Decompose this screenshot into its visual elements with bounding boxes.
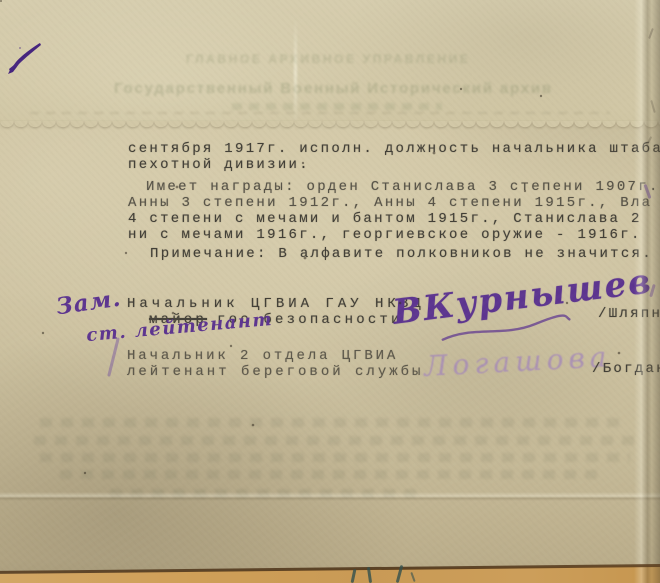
typed-body-line: ни с мечами 1916г., георгиевское оружие … (128, 227, 642, 243)
horizontal-fold-crease (0, 492, 660, 501)
typed-signer-title: Начальник 2 отдела ЦГВИА (127, 348, 398, 364)
scanned-archival-document: ГЛАВНОЕ АРХИВНОЕ УПРАВЛЕНИЕ Государствен… (0, 0, 660, 583)
paper-speckles (0, 0, 2, 2)
handwritten-prefix-zam: Зам. (54, 285, 122, 321)
paper-page: ГЛАВНОЕ АРХИВНОЕ УПРАВЛЕНИЕ Государствен… (0, 0, 660, 583)
deckle-edge-shadow (30, 112, 610, 114)
ink-blot-mark (6, 40, 44, 76)
typed-body-line: Анны 3 степени 1912г., Анны 4 степени 19… (128, 195, 652, 211)
typed-body-line: сентября 1917г. исполн. должность началь… (128, 141, 660, 157)
scalloped-sheet-edge (0, 121, 660, 133)
overlapping-top-sheet: ГЛАВНОЕ АРХИВНОЕ УПРАВЛЕНИЕ Государствен… (0, 0, 660, 122)
underlay-ink-stroke (410, 572, 415, 582)
faint-archive-stamp-line: Государственный Военный Исторический арх… (114, 80, 553, 97)
bleed-through-text-row (40, 418, 620, 427)
typed-body-line: пехотной дивизии. (128, 157, 310, 173)
bleed-through-text-row (60, 470, 600, 479)
typed-signer-rank-line: лейтенант береговой службы (127, 364, 423, 380)
vertical-crease (294, 18, 297, 126)
typed-surname-shlyapnikov: /Шляпни (598, 306, 660, 322)
typed-note-line: Примечание: В алфавите полковников не зн… (150, 246, 653, 262)
bleed-through-text-row (34, 436, 634, 445)
faint-archive-stamp-line: ГЛАВНОЕ АРХИВНОЕ УПРАВЛЕНИЕ (186, 52, 470, 66)
typed-signer-title: Начальник ЦГВИА ГАУ НКВД (127, 296, 425, 312)
typed-body-line: 4 степени с мечами и бантом 1915г., Стан… (128, 211, 642, 227)
bleed-through-text-row (40, 453, 630, 462)
handwritten-signature-logashova: Логашова (423, 340, 612, 383)
typed-body-line: Имеет награды: орден Станислава 3 степен… (146, 179, 660, 195)
faint-stamp-underline (232, 103, 442, 110)
typed-surname-bogdanov: /Богдан (592, 361, 660, 377)
underlay-ink-stroke (351, 569, 357, 583)
